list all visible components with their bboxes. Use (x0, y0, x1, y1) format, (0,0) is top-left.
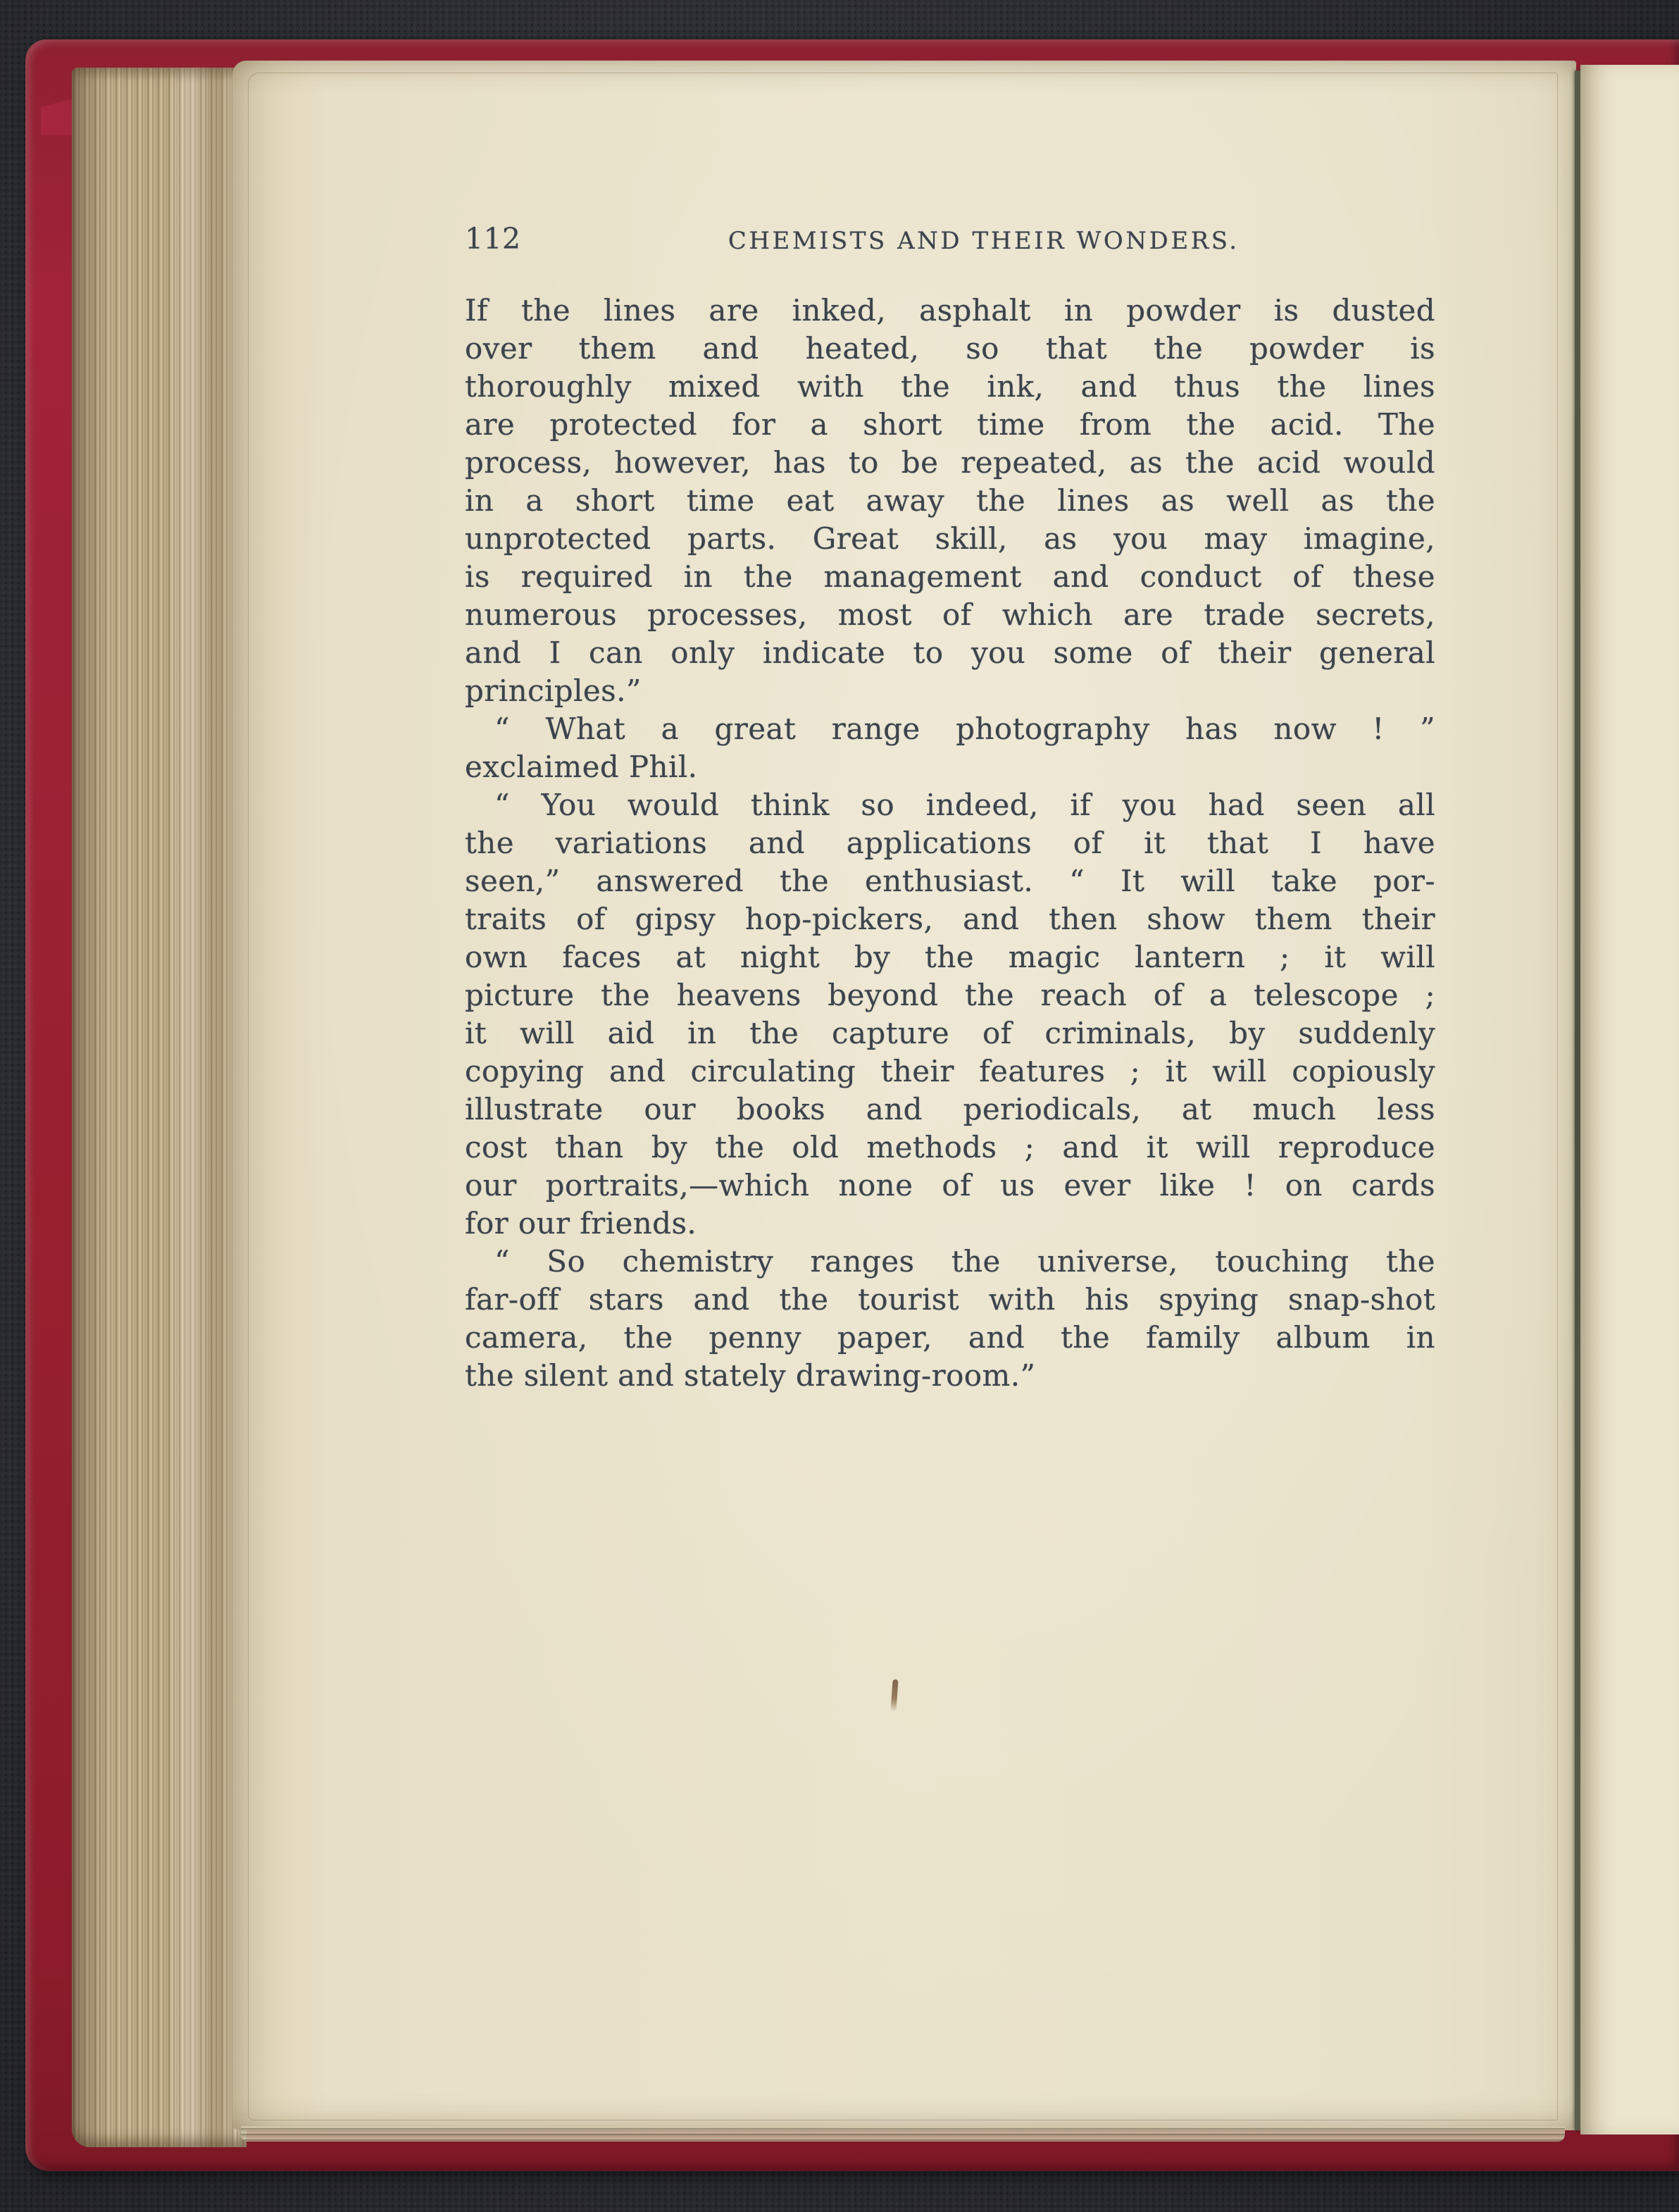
text-line: thoroughly mixed with the ink, and thus … (465, 368, 1435, 406)
text-line: numerous processes, most of which are tr… (465, 596, 1435, 634)
text-line: copying and circulating their features ;… (465, 1052, 1435, 1091)
text-line: are protected for a short time from the … (465, 406, 1435, 444)
text-line: If the lines are inked, asphalt in powde… (465, 292, 1435, 330)
text-line: own faces at night by the magic lantern … (465, 938, 1435, 976)
paragraph: “ You would think so indeed, if you had … (465, 786, 1435, 1243)
facing-page-sliver (1580, 65, 1679, 2135)
text-line: traits of gipsy hop-pickers, and then sh… (465, 900, 1435, 938)
bottom-page-edges (241, 2126, 1565, 2142)
paragraph: “ What a great range photography has now… (465, 710, 1435, 786)
text-line: for our friends. (465, 1205, 1435, 1243)
text-line: is required in the management and conduc… (465, 558, 1435, 596)
text-line: process, however, has to be repeated, as… (465, 444, 1435, 482)
body-text: If the lines are inked, asphalt in powde… (465, 292, 1435, 1395)
text-line: seen,” answered the enthusiast. “ It wil… (465, 862, 1435, 900)
text-line: exclaimed Phil. (465, 748, 1435, 786)
left-page: 112 CHEMISTS AND THEIR WONDERS. If the l… (232, 61, 1576, 2130)
text-line: “ So chemistry ranges the universe, touc… (465, 1243, 1435, 1281)
fore-edge-page-stack (72, 68, 246, 2147)
text-line: principles.” (465, 672, 1435, 710)
text-line: over them and heated, so that the powder… (465, 330, 1435, 368)
text-line: the silent and stately drawing-room.” (465, 1357, 1435, 1395)
text-line: in a short time eat away the lines as we… (465, 482, 1435, 520)
text-line: cost than by the old methods ; and it wi… (465, 1129, 1435, 1167)
text-line: our portraits,—which none of us ever lik… (465, 1167, 1435, 1205)
text-line: and I can only indicate to you some of t… (465, 634, 1435, 672)
text-line: camera, the penny paper, and the family … (465, 1319, 1435, 1357)
text-line: picture the heavens beyond the reach of … (465, 976, 1435, 1014)
page-number: 112 (465, 220, 520, 258)
text-line: “ You would think so indeed, if you had … (465, 786, 1435, 824)
running-title: CHEMISTS AND THEIR WONDERS. (526, 222, 1441, 260)
paragraph: If the lines are inked, asphalt in powde… (465, 292, 1435, 710)
text-line: the variations and applications of it th… (465, 824, 1435, 862)
text-line: far-off stars and the tourist with his s… (465, 1281, 1435, 1319)
ink-smudge-mark (890, 1679, 898, 1712)
text-block: 112 CHEMISTS AND THEIR WONDERS. If the l… (465, 220, 1435, 1395)
text-line: illustrate our books and periodicals, at… (465, 1091, 1435, 1129)
text-line: “ What a great range photography has now… (465, 710, 1435, 748)
page-header: 112 CHEMISTS AND THEIR WONDERS. (465, 220, 1435, 255)
text-line: unprotected parts. Great skill, as you m… (465, 520, 1435, 558)
text-line: it will aid in the capture of criminals,… (465, 1014, 1435, 1052)
gutter-shadow (1575, 70, 1580, 2130)
paragraph: “ So chemistry ranges the universe, touc… (465, 1243, 1435, 1395)
